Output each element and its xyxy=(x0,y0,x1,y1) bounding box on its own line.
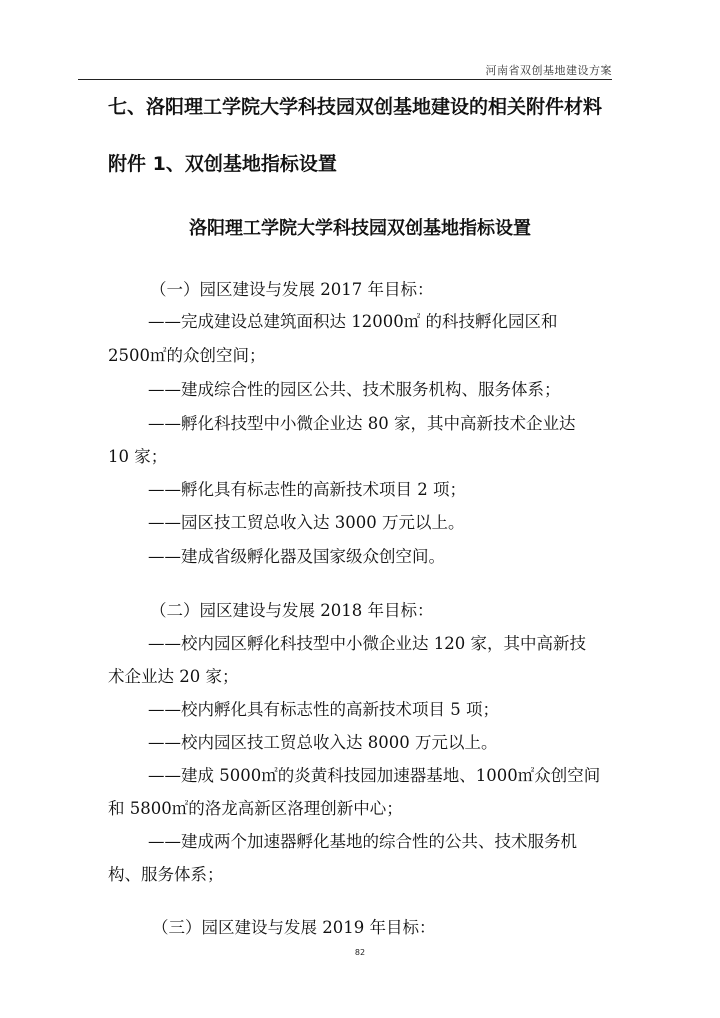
section-2-line-7: ——建成两个加速器孵化基地的综合性的公共、技术服务机 xyxy=(148,828,577,852)
header-rule xyxy=(78,79,612,80)
section-1-line-4: ——孵化科技型中小微企业达 80 家，其中高新技术企业达 xyxy=(148,410,576,434)
section-1-line-6: ——孵化具有标志性的高新技术项目 2 项； xyxy=(148,476,466,500)
section-1-line-7: ——园区技工贸总收入达 3000 万元以上。 xyxy=(148,509,464,533)
section-1-line-8: ——建成省级孵化器及国家级众创空间。 xyxy=(148,543,445,567)
section-1-line-1: ——完成建设总建筑面积达 12000㎡ 的科技孵化园区和 xyxy=(148,308,557,332)
section-2-line-3: ——校内孵化具有标志性的高新技术项目 5 项； xyxy=(148,696,499,720)
document-title: 洛阳理工学院大学科技园双创基地指标设置 xyxy=(0,214,720,240)
section-3-heading: （三）园区建设与发展 2019 年目标： xyxy=(152,914,435,938)
section-1-line-5: 10 家； xyxy=(108,443,167,467)
running-header: 河南省双创基地建设方案 xyxy=(78,62,612,78)
section-2-line-6: 和 5800㎡的洛龙高新区洛理创新中心； xyxy=(108,795,403,819)
attachment-heading: 附件 1、双创基地指标设置 xyxy=(108,149,337,176)
section-heading: 七、洛阳理工学院大学科技园双创基地建设的相关附件材料 xyxy=(108,92,602,119)
section-2-line-1: ——校内园区孵化科技型中小微企业达 120 家，其中高新技 xyxy=(148,630,586,654)
section-2-line-4: ——校内园区技工贸总收入达 8000 万元以上。 xyxy=(148,729,497,753)
section-1-heading: （一）园区建设与发展 2017 年目标： xyxy=(150,276,433,300)
section-1-line-2: 2500㎡的众创空间； xyxy=(108,342,266,366)
section-2-line-2: 术企业达 20 家； xyxy=(108,663,239,687)
document-page: 河南省双创基地建设方案 七、洛阳理工学院大学科技园双创基地建设的相关附件材料 附… xyxy=(0,0,720,1018)
section-2-heading: （二）园区建设与发展 2018 年目标： xyxy=(150,597,433,621)
section-1-line-3: ——建成综合性的园区公共、技术服务机构、服务体系； xyxy=(148,376,561,400)
page-number: 82 xyxy=(0,948,720,957)
section-2-line-5: ——建成 5000㎡的炎黄科技园加速器基地、1000㎡众创空间 xyxy=(148,762,600,786)
section-2-line-8: 构、服务体系； xyxy=(108,861,224,885)
